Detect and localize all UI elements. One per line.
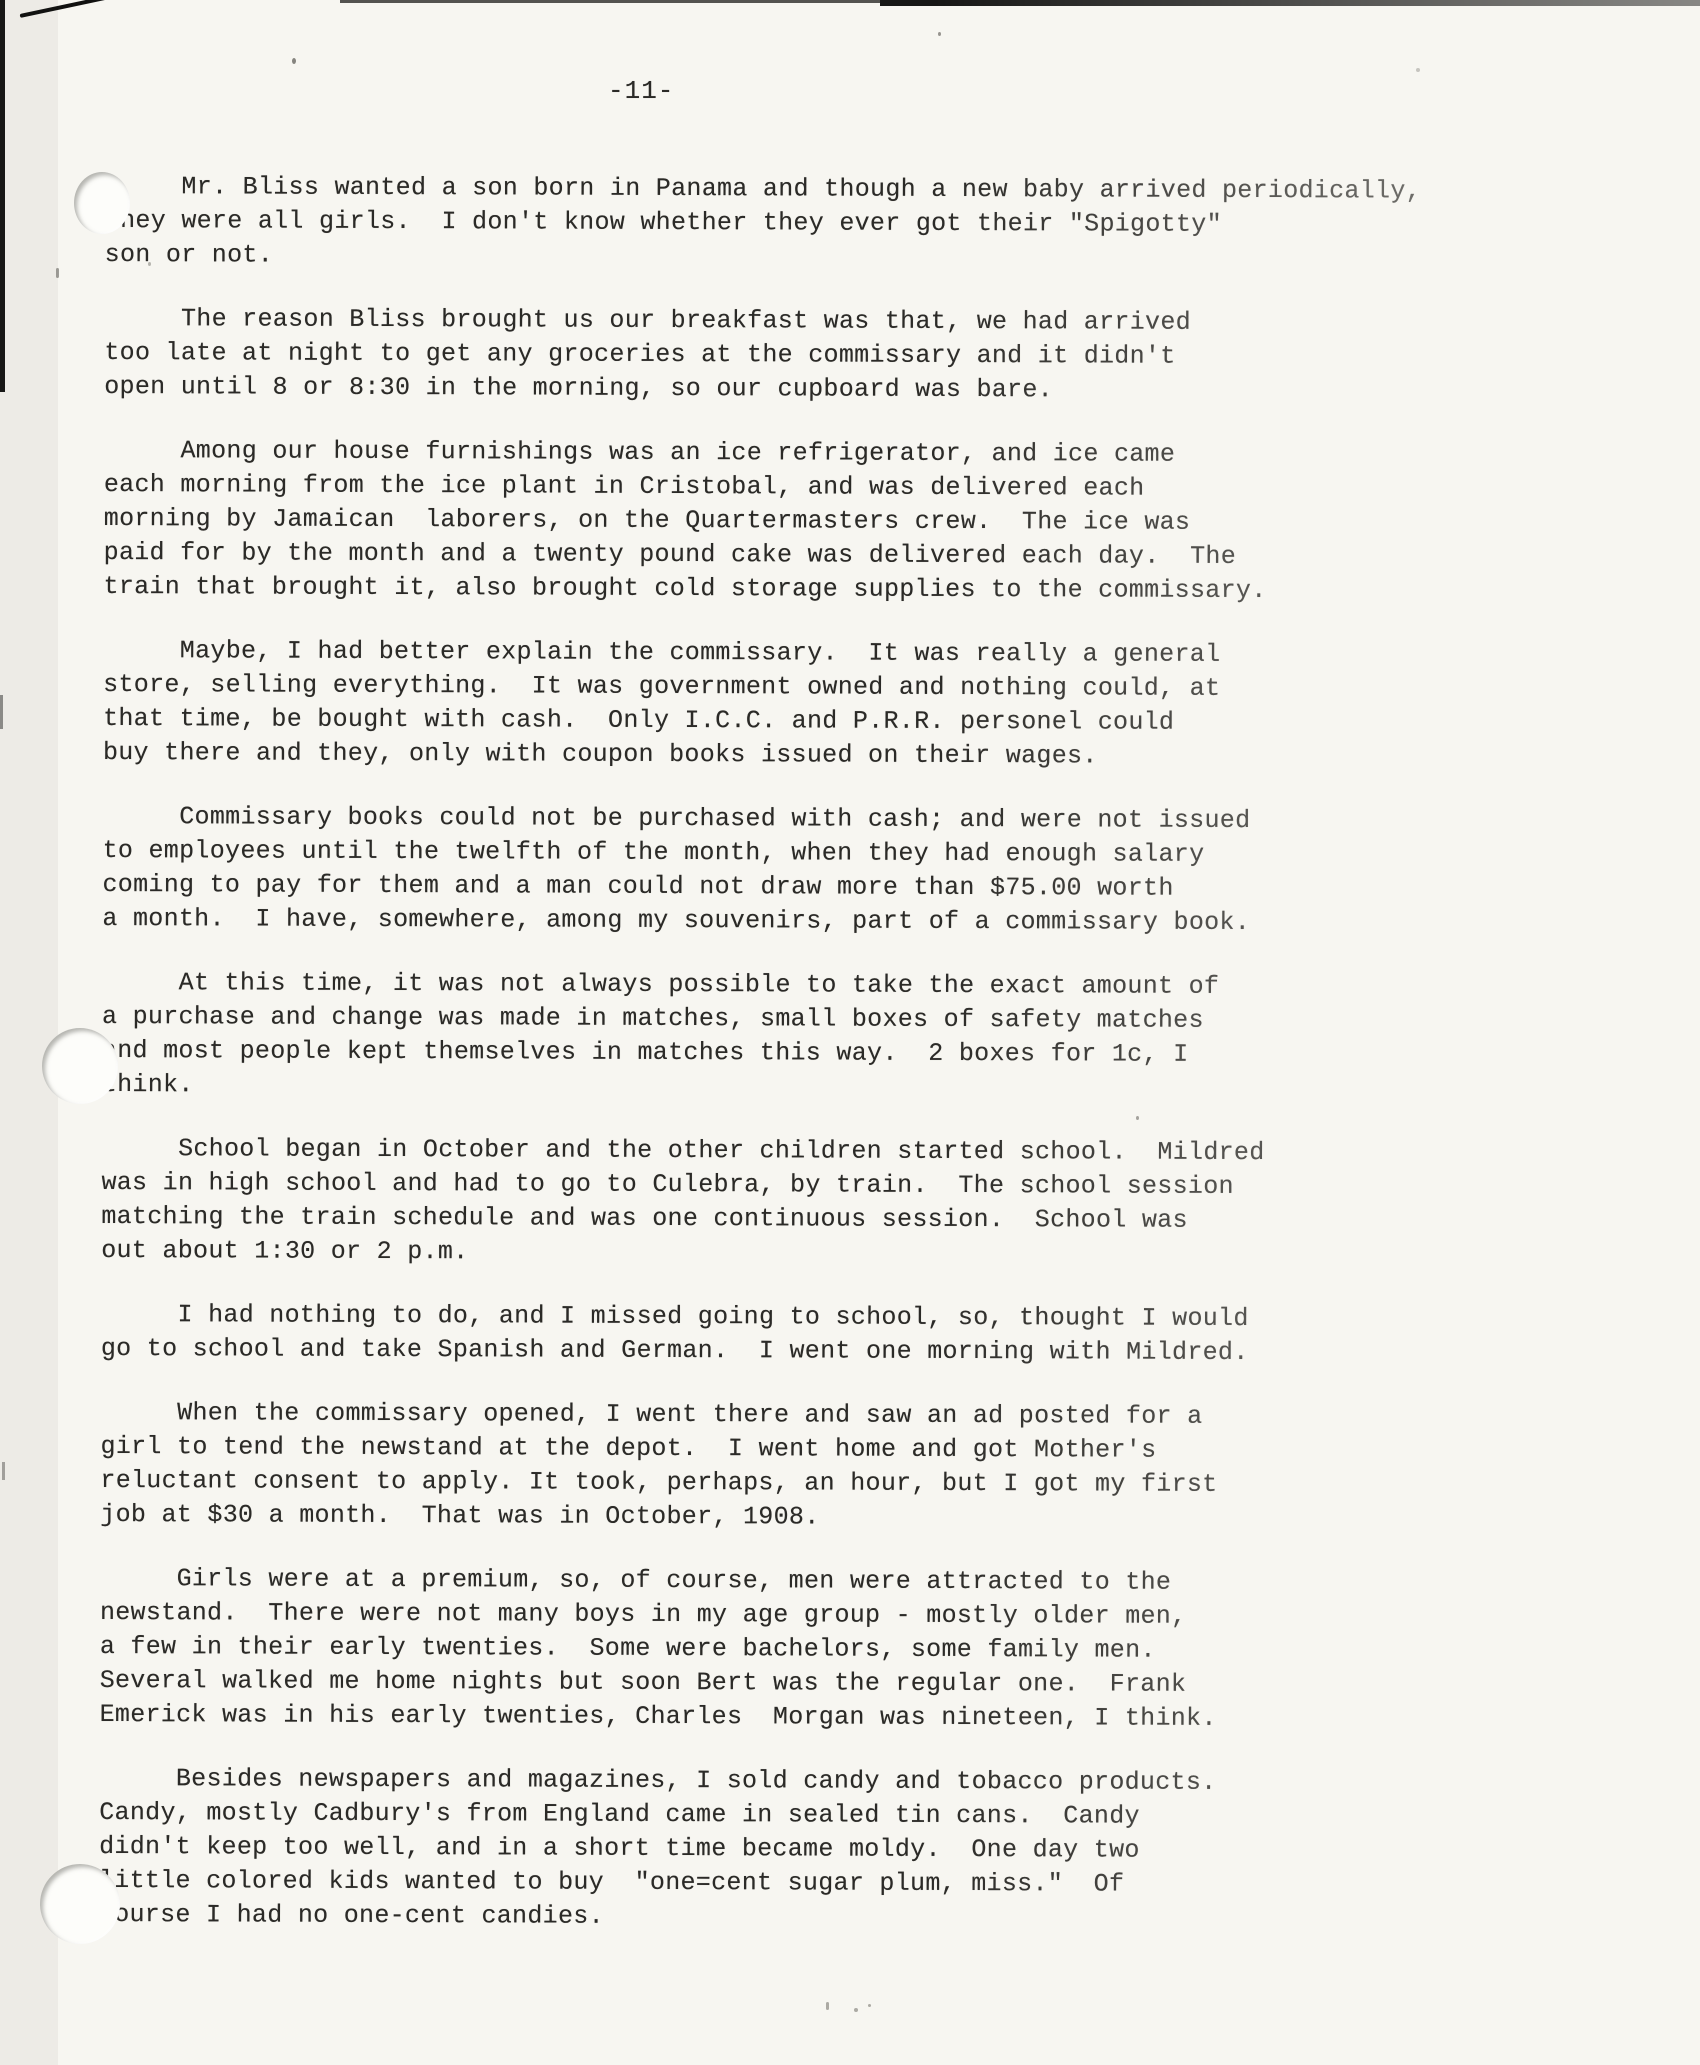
text-line: a few in their early twenties. Some were… — [100, 1630, 1500, 1669]
text-line: go to school and take Spanish and German… — [101, 1332, 1501, 1371]
ink-speck — [1416, 68, 1420, 72]
scan-artifact-top-line — [340, 0, 900, 3]
paragraph: Girls were at a premium, so, of course, … — [100, 1562, 1501, 1737]
ink-speck — [148, 262, 151, 266]
typewritten-text: Mr. Bliss wanted a son born in Panama an… — [99, 170, 1505, 1967]
text-line: Among our house furnishings was an ice r… — [104, 434, 1504, 473]
text-line: Emerick was in his early twenties, Charl… — [100, 1698, 1500, 1737]
text-line: open until 8 or 8:30 in the morning, so … — [104, 370, 1504, 409]
text-line: coming to pay for them and a man could n… — [102, 868, 1502, 907]
text-line: Commissary books could not be purchased … — [103, 800, 1503, 839]
page-number: -11- — [608, 76, 674, 106]
paragraph: I had nothing to do, and I missed going … — [101, 1298, 1501, 1371]
pencil-marks — [820, 2000, 880, 2026]
text-line: to employees until the twelfth of the mo… — [103, 834, 1503, 873]
scan-artifact-left-mark — [0, 695, 3, 729]
hole-punch-bottom — [40, 1864, 120, 1944]
text-line: buy there and they, only with coupon boo… — [103, 736, 1503, 775]
text-line: that time, be bought with cash. Only I.C… — [103, 702, 1503, 741]
text-line: girl to tend the newstand at the depot. … — [100, 1430, 1500, 1469]
text-line: job at $30 a month. That was in October,… — [100, 1498, 1500, 1537]
scanner-edge-band — [0, 0, 58, 2065]
text-line: newstand. There were not many boys in my… — [100, 1596, 1500, 1635]
ink-speck — [938, 32, 941, 36]
text-line: course I had no one-cent candies. — [99, 1898, 1499, 1937]
scan-artifact-top-line — [880, 0, 1700, 6]
hole-punch-middle — [42, 1028, 118, 1104]
text-line: a purchase and change was made in matche… — [102, 1000, 1502, 1039]
text-line: and most people kept themselves in match… — [102, 1034, 1502, 1073]
text-line: Mr. Bliss wanted a son born in Panama an… — [105, 170, 1505, 209]
text-line: morning by Jamaican laborers, on the Qua… — [104, 502, 1504, 541]
text-line: out about 1:30 or 2 p.m. — [101, 1234, 1501, 1273]
hole-punch-top — [74, 172, 130, 234]
text-line: I had nothing to do, and I missed going … — [101, 1298, 1501, 1337]
text-line: At this time, it was not always possible… — [102, 966, 1502, 1005]
scan-artifact-left-edge — [0, 0, 5, 392]
paragraph: At this time, it was not always possible… — [102, 966, 1502, 1107]
paragraph: Commissary books could not be purchased … — [102, 800, 1502, 941]
text-line: train that brought it, also brought cold… — [103, 570, 1503, 609]
text-line: Candy, mostly Cadbury's from England cam… — [99, 1796, 1499, 1835]
text-line: was in high school and had to go to Cule… — [101, 1166, 1501, 1205]
text-line: School began in October and the other ch… — [102, 1132, 1502, 1171]
text-line: Besides newspapers and magazines, I sold… — [99, 1762, 1499, 1801]
text-line: The reason Bliss brought us our breakfas… — [104, 302, 1504, 341]
text-line: reluctant consent to apply. It took, per… — [100, 1464, 1500, 1503]
text-line: think. — [102, 1068, 1502, 1107]
ink-speck — [1136, 1116, 1139, 1120]
text-line: too late at night to get any groceries a… — [104, 336, 1504, 375]
ink-speck — [292, 58, 296, 64]
document-page: -11- Mr. Bliss wanted a son born in Pana… — [0, 0, 1700, 2065]
text-line: Girls were at a premium, so, of course, … — [100, 1562, 1500, 1601]
paragraph: When the commissary opened, I went there… — [100, 1396, 1500, 1537]
text-line: matching the train schedule and was one … — [101, 1200, 1501, 1239]
scan-artifact-left-mark — [2, 1462, 5, 1480]
paragraph: Besides newspapers and magazines, I sold… — [99, 1762, 1500, 1937]
paragraph: Among our house furnishings was an ice r… — [103, 434, 1504, 609]
text-line: each morning from the ice plant in Crist… — [104, 468, 1504, 507]
text-line: store, selling everything. It was govern… — [103, 668, 1503, 707]
text-line: When the commissary opened, I went there… — [101, 1396, 1501, 1435]
text-line: didn't keep too well, and in a short tim… — [99, 1830, 1499, 1869]
paragraph: School began in October and the other ch… — [101, 1132, 1501, 1273]
text-line: Several walked me home nights but soon B… — [100, 1664, 1500, 1703]
text-line: they were all girls. I don't know whethe… — [105, 204, 1505, 243]
paragraph: Mr. Bliss wanted a son born in Panama an… — [105, 170, 1505, 277]
ink-speck — [56, 268, 59, 278]
paragraph: Maybe, I had better explain the commissa… — [103, 634, 1503, 775]
text-line: paid for by the month and a twenty pound… — [104, 536, 1504, 575]
text-line: little colored kids wanted to buy "one=c… — [99, 1864, 1499, 1903]
text-line: Maybe, I had better explain the commissa… — [103, 634, 1503, 673]
paragraph: The reason Bliss brought us our breakfas… — [104, 302, 1504, 409]
text-line: son or not. — [105, 238, 1505, 277]
text-line: a month. I have, somewhere, among my sou… — [102, 902, 1502, 941]
